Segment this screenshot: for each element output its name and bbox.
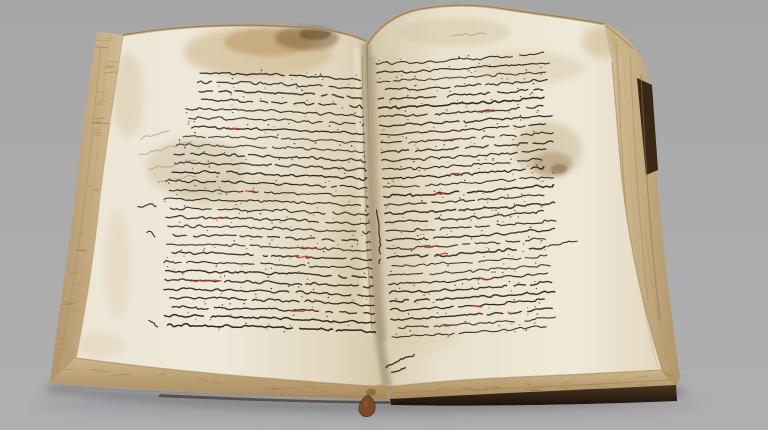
ink-dot [203,301,204,302]
ink-dot [232,78,233,79]
ink-dot [446,110,447,111]
ink-dot [176,194,177,195]
ink-dot [465,125,466,126]
ink-dot [364,273,365,274]
ink-dot [417,148,418,149]
ink-dot [312,307,313,308]
ink-dot [353,235,354,236]
ink-dot [401,232,402,233]
ink-dot [494,271,495,272]
ink-dot [313,289,314,290]
ink-dot [291,159,292,160]
strap-knot [366,389,376,396]
ink-dot [291,79,292,80]
ink-dot [317,243,318,244]
ink-dot [501,78,502,79]
ink-dot [308,262,309,263]
ink-dot [323,251,324,252]
ink-dot [421,103,422,104]
ink-dot [512,174,513,175]
ink-dot [523,243,524,244]
ink-dot [544,249,545,250]
edge-striation [534,387,544,388]
ink-dot [231,222,232,223]
ink-dot [471,238,472,239]
ink-dot [296,87,297,88]
stain [112,53,144,137]
ink-dot [204,151,205,152]
ink-dot [267,329,268,330]
ink-dot [192,168,193,169]
ink-dot [221,293,222,294]
ink-dot [208,166,209,167]
ink-dot [442,197,443,198]
ink-dot [186,160,187,161]
ink-dot [523,251,524,252]
ink-dot [188,121,189,122]
ink-dot [381,140,382,141]
edge-striation [70,273,78,274]
ink-dot [320,73,321,74]
ink-dot [184,256,185,257]
ink-dot [396,77,397,78]
ink-dot [492,271,493,272]
ink-dot [482,193,483,194]
ink-dot [204,248,205,249]
ink-dot [449,66,450,67]
ink-dot [271,239,272,240]
ink-dot [232,112,233,113]
ink-dot [186,112,187,113]
ink-dot [277,134,278,135]
ink-dot [539,302,540,303]
book [49,5,682,416]
ink-dot [475,71,476,72]
ink-dot [495,209,496,210]
ink-dot [241,287,242,288]
ink-dot [527,307,528,308]
ink-dot [273,126,274,127]
edge-striation [88,118,93,119]
ink-dot [526,69,527,70]
ink-dot [298,286,299,287]
edge-striation [111,375,126,376]
ink-dot [231,105,232,106]
ink-dot [429,294,430,295]
ink-dot [488,249,489,250]
ink-dot [357,244,358,245]
ink-dot [525,330,526,331]
ink-dot [497,212,498,213]
edge-striation [320,392,328,393]
ink-dot [224,152,225,153]
ink-dot [339,144,340,145]
ink-dot [235,204,236,205]
ink-dot [517,88,518,89]
ink-dot [282,97,283,98]
ink-dot [484,206,485,207]
ink-dot [413,285,414,286]
ink-dot [393,245,394,246]
ink-dot [451,231,452,232]
ink-dot [289,257,290,258]
ink-dot [179,142,180,143]
ink-dot [532,93,533,94]
ink-dot [179,222,180,223]
ink-dot [474,213,475,214]
ink-dot [407,119,408,120]
ink-dot [306,72,307,73]
ink-dot [400,59,401,60]
ink-dot [205,303,206,304]
ink-dot [354,112,356,114]
ink-dot [243,96,244,97]
stain [106,210,130,320]
ink-dot [317,207,318,208]
ink-dot [364,156,365,157]
ink-dot [265,88,266,89]
ink-dot [440,189,441,190]
edge-striation [92,135,101,136]
ink-dot [417,303,418,304]
ink-dot [260,213,261,214]
ink-dot [445,313,446,314]
ink-dot [268,124,269,125]
ink-dot [265,269,266,270]
ink-dot [407,95,409,97]
ink-dot [246,248,247,249]
ink-dot [410,330,411,331]
ink-dot [337,129,338,130]
ink-dot [435,146,436,147]
ink-dot [243,303,244,304]
ink-dot [447,265,448,266]
ink-dot [333,218,334,219]
ink-dot [485,159,486,160]
ink-dot [478,168,479,169]
ink-dot [491,99,492,100]
ink-dot [499,325,500,326]
ink-dot [388,183,389,184]
ink-dot [447,162,448,163]
ink-dot [381,149,382,150]
ink-dot [256,297,257,298]
ink-dot [394,253,395,254]
ink-dot [322,79,323,80]
edge-striation [99,101,107,102]
ink-dot [426,225,427,226]
ink-dot [464,180,465,181]
ink-dot [390,102,391,103]
ink-dot [513,139,514,140]
edge-striation [98,371,110,372]
ink-dot [271,268,272,269]
edge-striation [93,190,99,191]
ink-dot [528,236,529,237]
ink-dot [541,240,542,241]
ink-dot [411,250,412,251]
ink-dot [328,297,329,298]
ink-dot [268,323,269,324]
stain [74,333,126,357]
stain [582,26,626,58]
ink-dot [532,172,533,173]
ink-dot [261,70,262,71]
ink-dot [399,288,400,289]
ink-dot [315,142,316,143]
edge-striation [91,123,100,124]
ink-dot [365,210,366,211]
ink-dot [510,216,511,217]
ink-dot [470,220,471,221]
ink-dot [458,56,459,57]
ink-dot [210,319,211,320]
ink-dot [179,139,180,140]
ink-dot [387,206,388,207]
ink-dot [502,221,503,222]
ink-dot [298,245,299,246]
ink-dot [540,67,541,68]
ink-dot [434,190,435,191]
ink-dot [353,238,354,239]
ink-dot [444,144,445,145]
ink-dot [552,172,553,173]
ink-dot [260,98,261,99]
ink-dot [226,194,227,195]
ink-dot [240,203,241,204]
ink-dot [456,221,457,222]
ink-dot [271,222,272,223]
ink-dot [349,201,350,202]
ink-dot [338,244,339,245]
ink-dot [293,315,294,316]
ink-dot [511,290,512,291]
ink-dot [518,216,519,217]
ink-dot [486,247,487,248]
ink-dot [340,166,341,167]
ink-dot [180,250,181,251]
ink-dot [511,324,512,325]
ink-dot [361,235,362,236]
ink-dot [188,312,189,313]
ink-dot [327,316,328,317]
ink-dot [342,107,343,108]
ink-dot [284,331,285,332]
ink-dot [462,283,463,284]
ink-dot [534,322,535,323]
ink-dot [224,275,225,276]
ink-dot [188,123,189,124]
ink-dot [247,212,248,213]
ink-dot [298,271,299,272]
edge-striation [560,387,572,388]
ink-dot [459,57,460,58]
ink-dot [267,276,268,277]
ink-dot [386,61,387,62]
ink-dot [325,182,326,183]
ink-dot [474,143,475,144]
ink-dot [335,190,336,191]
ink-dot [540,242,541,243]
ink-dot [414,145,415,146]
ink-dot [537,313,538,314]
ink-dot [344,173,345,174]
ink-dot [390,271,391,272]
ink-dot [504,187,505,188]
ink-dot [313,215,314,216]
ink-dot [405,110,406,111]
ink-dot [514,128,515,129]
ink-dot [280,222,281,223]
ink-dot [497,123,498,124]
strap-highlight [364,401,368,407]
ink-dot [269,243,270,244]
ink-dot [510,158,511,159]
ink-dot [301,296,302,297]
ink-dot [468,70,469,71]
ink-dot [505,332,506,333]
ink-dot [517,104,518,105]
ink-dot [514,210,515,211]
ink-dot [462,101,463,102]
ink-dot [395,298,396,299]
ink-dot [543,181,544,182]
ink-dot [527,314,528,315]
ink-dot [541,181,542,182]
ink-dot [218,193,219,194]
ink-dot [195,319,196,320]
ink-dot [519,324,520,325]
ink-dot [265,133,266,134]
ink-dot [520,96,521,97]
ink-dot [413,161,415,163]
ink-dot [481,230,482,231]
ink-dot [239,213,240,214]
ink-dot [455,284,456,285]
ink-dot [184,147,185,148]
ink-dot [241,266,242,267]
ink-dot [271,288,272,289]
ink-dot [541,206,542,207]
ink-dot [359,122,360,123]
ink-dot [286,217,287,218]
ink-dot [540,161,541,162]
ink-dot [253,188,254,189]
ink-dot [167,266,168,267]
ink-dot [518,282,519,283]
ink-dot [417,235,418,236]
ink-dot [279,159,280,160]
ink-dot [439,217,440,218]
ink-dot [380,78,381,79]
ink-dot [530,227,531,228]
ink-dot [208,160,209,161]
ink-dot [520,115,521,116]
ink-dot [507,194,508,195]
ink-dot [296,105,297,106]
edge-striation [263,388,277,389]
ink-dot [408,313,409,314]
ink-dot [356,75,357,76]
ink-dot [203,249,204,250]
ink-dot [537,110,538,111]
ink-dot [328,181,329,182]
ink-dot [348,84,349,85]
ink-dot [440,214,441,215]
ink-dot [478,63,479,64]
ink-dot [419,170,420,171]
ink-dot [433,127,434,128]
ink-dot [182,273,183,274]
ink-dot [484,256,485,257]
ink-dot [433,302,434,303]
ink-dot [527,165,528,166]
ink-dot [437,91,438,92]
ink-dot [305,116,306,117]
ink-dot [247,124,248,125]
ink-dot [483,130,484,131]
ink-dot [226,309,227,310]
ink-dot [306,100,307,101]
ink-dot [245,159,246,160]
ink-dot [507,78,508,79]
ink-dot [307,279,308,280]
ink-dot [291,226,292,227]
ink-dot [348,161,349,162]
ink-dot [216,266,217,267]
ink-dot [503,263,504,264]
ink-dot [396,334,397,335]
edge-striation [57,350,67,351]
ink-dot [416,84,417,85]
ink-dot [402,217,403,218]
ink-dot [529,94,530,95]
ink-dot [534,281,535,282]
ink-dot [401,75,402,76]
ink-dot [218,327,219,328]
ink-dot [414,76,415,77]
ink-dot [368,220,369,221]
ink-dot [536,288,537,289]
ink-dot [219,329,220,330]
ink-dot [492,158,493,159]
edge-striation [90,132,103,133]
ink-dot [229,303,230,304]
stain [400,18,510,46]
edge-striation [491,387,500,388]
ink-dot [251,239,252,240]
ink-dot [173,268,174,269]
red-word [205,280,221,281]
manuscript-photo [0,0,768,430]
ink-dot [366,299,367,300]
ink-dot [448,336,449,337]
ink-dot [514,299,515,300]
ink-dot [169,178,170,179]
ink-dot [509,112,510,113]
ink-dot [463,194,464,195]
ink-dot [222,304,223,305]
ink-dot [488,308,489,309]
ink-dot [329,125,330,126]
ink-dot [427,67,428,68]
ink-dot [294,143,295,144]
ink-dot [508,254,509,255]
ink-dot [464,83,465,84]
ink-dot [388,136,389,137]
ink-dot [489,65,490,66]
ink-dot [290,325,291,326]
